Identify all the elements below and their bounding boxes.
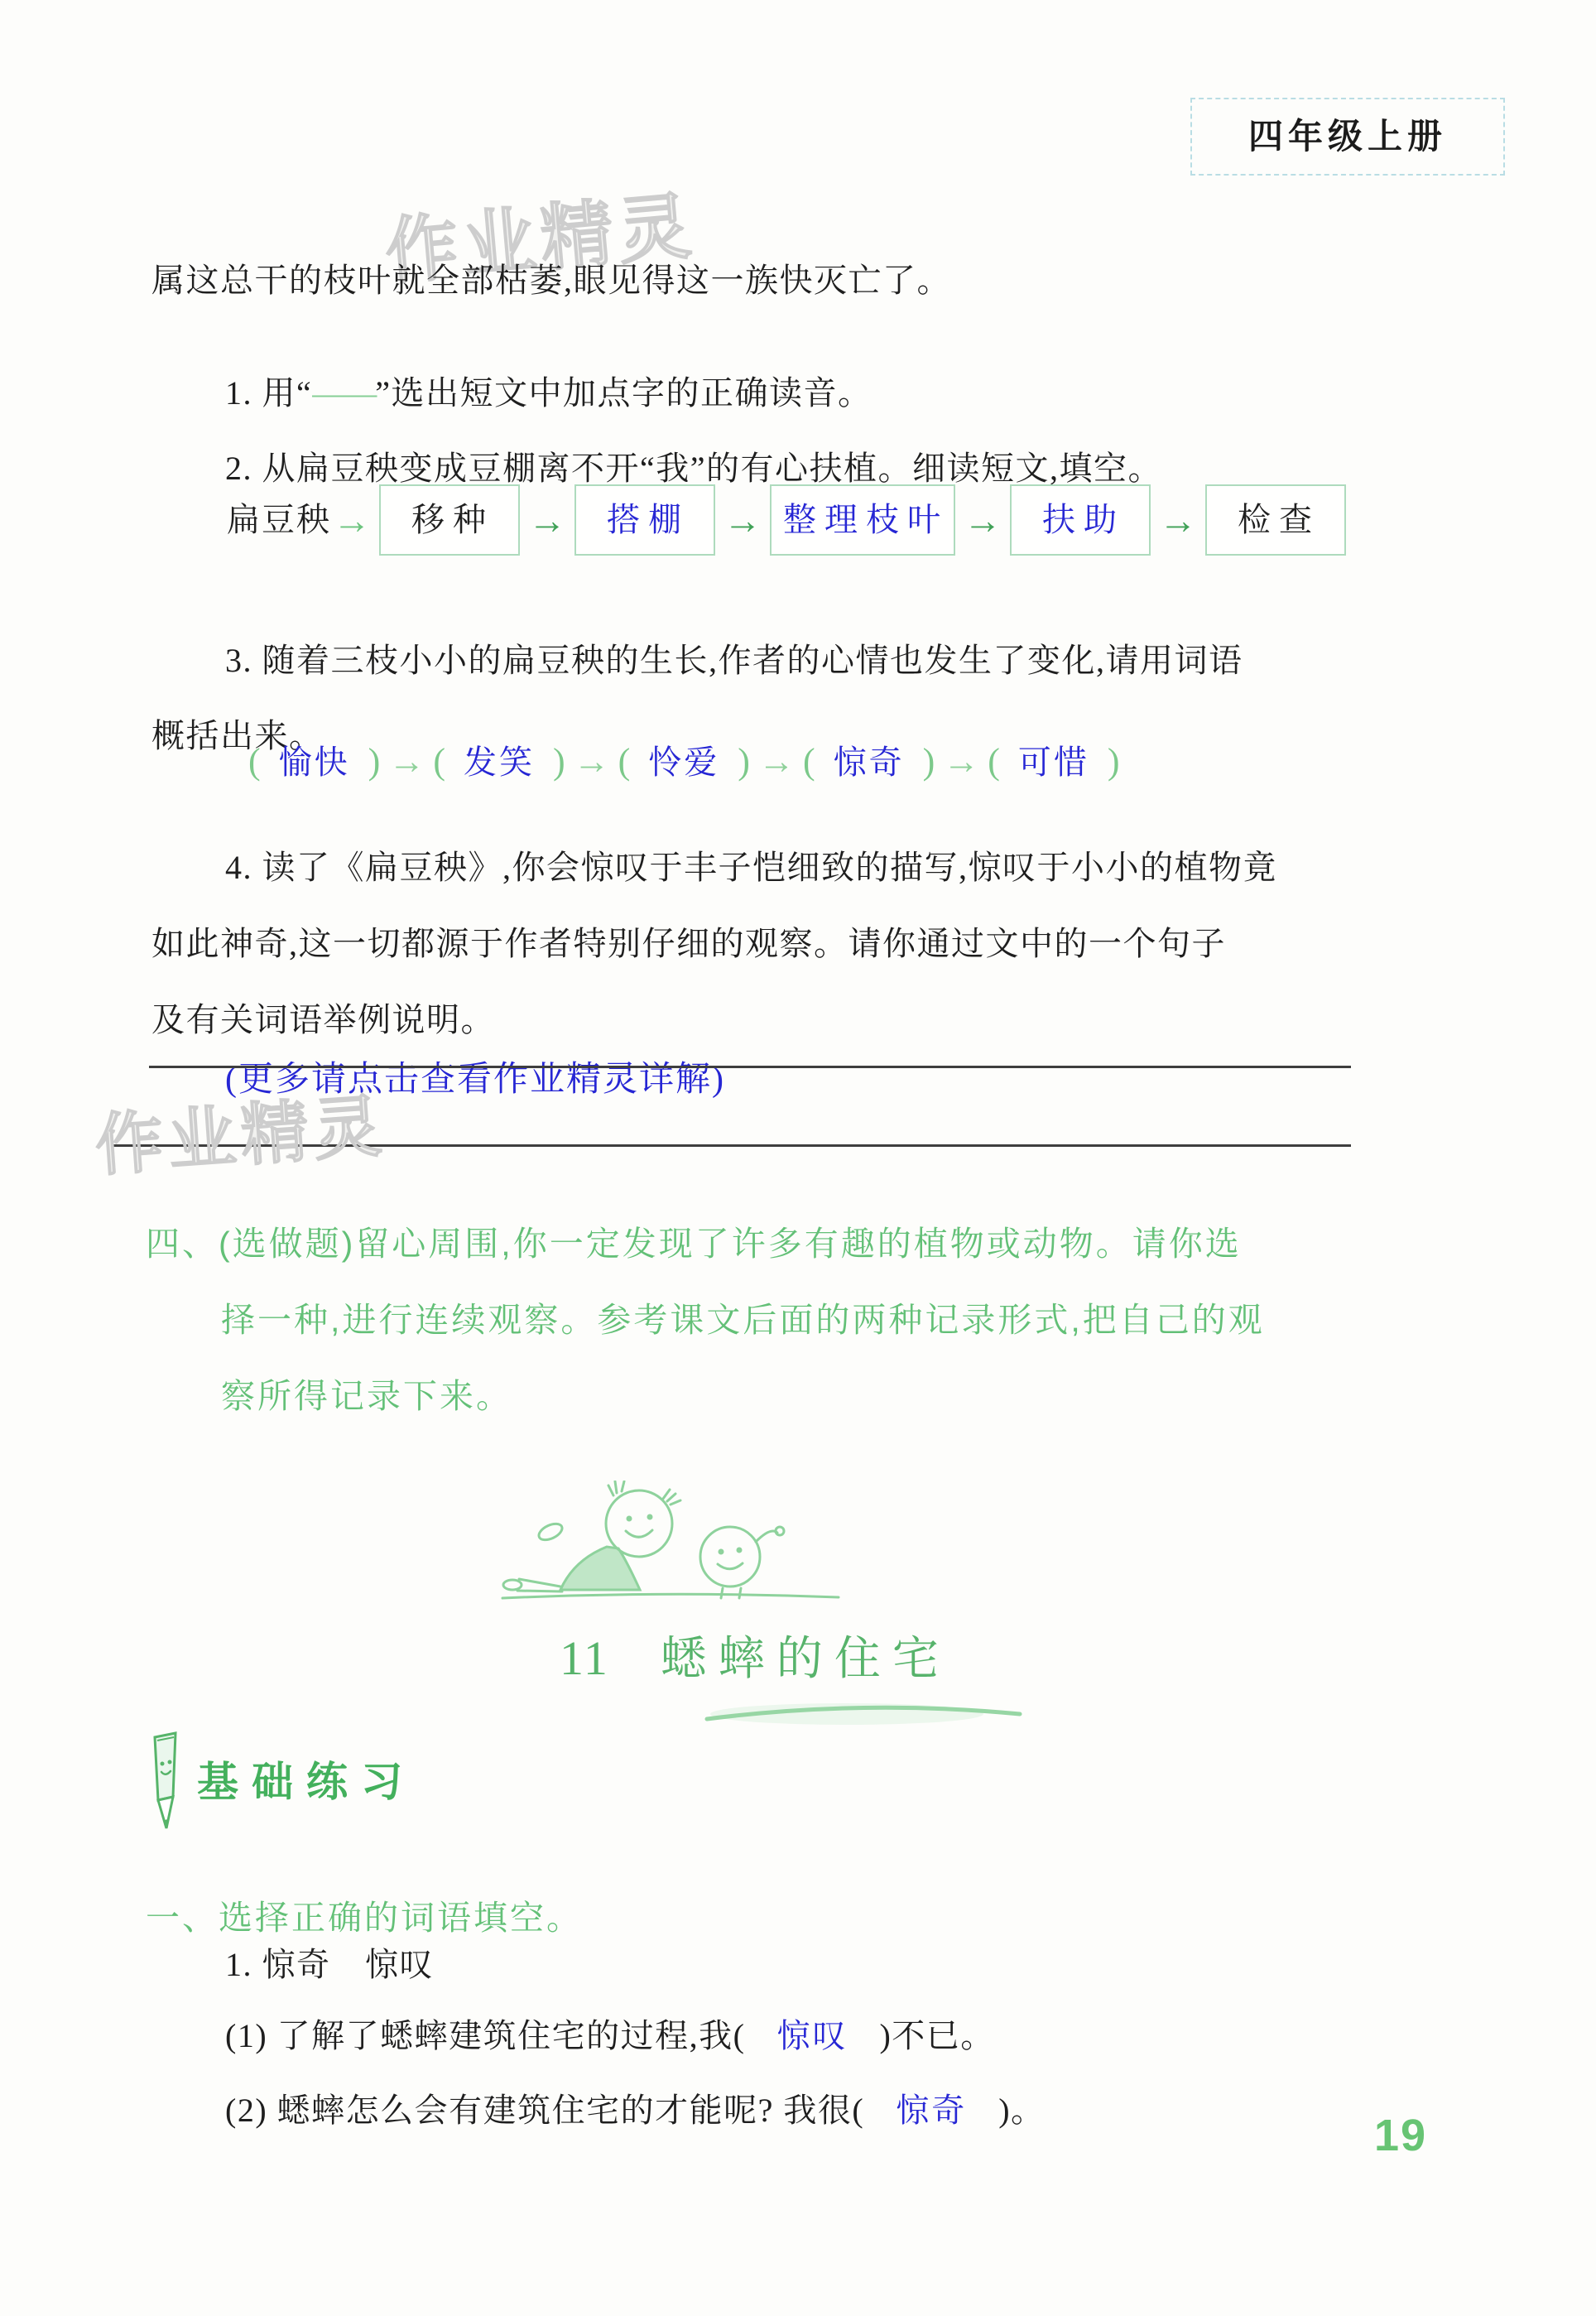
arrow-icon: → xyxy=(943,741,979,783)
arrow-icon: → xyxy=(1159,498,1197,542)
mood-word: 可惜 xyxy=(1018,744,1089,781)
mood-word: 愉快 xyxy=(279,744,350,781)
paren-close: ) xyxy=(1108,741,1120,782)
mood-item: (惊奇) xyxy=(803,741,935,783)
green-underline-mark: —— xyxy=(312,374,375,412)
lesson-number: 11 xyxy=(560,1631,609,1687)
fill-item-1: (1) 了解了蟋蟀建筑住宅的过程,我(惊叹)不已。 xyxy=(225,2017,995,2055)
lesson-name: 蟋蟀的住宅 xyxy=(661,1632,950,1685)
fill-item-1-pre: (1) 了解了蟋蟀建筑住宅的过程,我( xyxy=(225,2017,745,2054)
paren-close: ) xyxy=(553,741,565,782)
question-1-pre: 1. 用“ xyxy=(225,374,312,412)
flowchart-start-label: 扁豆秧 xyxy=(227,501,331,539)
optional-task-line2: 择一种,进行连续观察。参考课文后面的两种记录形式,把自己的观 xyxy=(221,1301,1265,1340)
mood-word: 惊奇 xyxy=(834,744,905,781)
optional-task-line3: 察所得记录下来。 xyxy=(221,1377,512,1416)
question-1: 1. 用“——”选出短文中加点字的正确读音。 xyxy=(225,374,873,412)
paren-close: ) xyxy=(368,741,381,782)
page-number: 19 xyxy=(1374,2110,1427,2161)
watermark-bottom: 作业精灵 xyxy=(93,1088,389,1187)
arrow-icon: → xyxy=(758,741,795,783)
question-3-line1: 3. 随着三枝小小的扁豆秧的生长,作者的心情也发生了变化,请用词语 xyxy=(225,642,1243,680)
fill-item-2: (2) 蟋蟀怎么会有建筑住宅的才能呢? 我很(惊奇)。 xyxy=(225,2092,1046,2130)
arrow-icon: → xyxy=(333,498,371,542)
pencil-icon xyxy=(147,1729,184,1838)
paren-open: ( xyxy=(803,741,815,782)
mood-item: (可惜) xyxy=(988,741,1119,783)
fill-item-1-answer: 惊叹 xyxy=(776,2017,848,2054)
fill-item-1-post: )不已。 xyxy=(879,2017,994,2054)
mood-item: (愉快) xyxy=(248,741,380,783)
fill-item-2-answer: 惊奇 xyxy=(896,2092,967,2129)
optional-task-line1: 四、(选做题)留心周围,你一定发现了许多有趣的植物或动物。请你选 xyxy=(146,1225,1242,1264)
mood-word: 发笑 xyxy=(464,744,535,781)
question-4-line1: 4. 读了《扁豆秧》,你会惊叹于丰子恺细致的描写,惊叹于小小的植物竟 xyxy=(225,849,1277,887)
flow-step-build-shed: 搭棚 xyxy=(574,484,715,556)
paren-open: ( xyxy=(988,741,1000,782)
flow-step-inspect: 检查 xyxy=(1205,484,1346,556)
grade-badge: 四年级上册 xyxy=(1190,98,1505,176)
paren-open: ( xyxy=(248,741,261,782)
paren-open: ( xyxy=(618,741,631,782)
question-4-line3: 及有关词语举例说明。 xyxy=(151,1001,495,1039)
paren-close: ) xyxy=(923,741,935,782)
mood-sequence: (愉快) → (发笑) → (怜爱) → (惊奇) → (可惜) xyxy=(248,738,1120,786)
question-4-line2: 如此神奇,这一切都源于作者特别仔细的观察。请你通过文中的一个句子 xyxy=(151,925,1226,963)
flowchart: 扁豆秧 → 移种 → 搭棚 → 整理枝叶 → 扶助 → 检查 xyxy=(227,483,1346,557)
arrow-icon: → xyxy=(723,498,762,542)
paren-open: ( xyxy=(433,741,445,782)
question-1-post: ”选出短文中加点字的正确读音。 xyxy=(375,374,872,412)
grade-badge-label: 四年级上册 xyxy=(1248,117,1447,156)
mood-item: (怜爱) xyxy=(618,741,750,783)
fill-item-2-pre: (2) 蟋蟀怎么会有建筑住宅的才能呢? 我很( xyxy=(225,2092,864,2129)
divider-line-top xyxy=(149,1066,1351,1068)
mood-word: 怜爱 xyxy=(648,744,719,781)
flow-step-transplant: 移种 xyxy=(379,484,520,556)
flow-step-trim-branches: 整理枝叶 xyxy=(770,484,955,556)
flow-step-support: 扶助 xyxy=(1010,484,1151,556)
arrow-icon: → xyxy=(964,498,1002,542)
arrow-icon: → xyxy=(388,741,425,783)
kids-illustration xyxy=(493,1481,848,1625)
paren-close: ) xyxy=(738,741,750,782)
swoosh-underline xyxy=(702,1696,1025,1736)
word-options: 1. 惊奇 惊叹 xyxy=(225,1946,434,1984)
practice-section-header: 基础练习 xyxy=(197,1759,416,1807)
divider-line-bottom xyxy=(113,1144,1351,1147)
fill-item-2-post: )。 xyxy=(998,2092,1045,2129)
workbook-page: 四年级上册 作业精灵 属这总干的枝叶就全部枯萎,眼见得这一族快灭亡了。 1. 用… xyxy=(0,0,1596,2316)
arrow-icon: → xyxy=(528,498,566,542)
arrow-icon: → xyxy=(574,741,610,783)
mood-item: (发笑) xyxy=(433,741,565,783)
passage-line: 属这总干的枝叶就全部枯萎,眼见得这一族快灭亡了。 xyxy=(151,262,951,300)
exercise-1-heading: 一、选择正确的词语填空。 xyxy=(146,1899,583,1938)
lesson-title: 11 蟋蟀的住宅 xyxy=(560,1631,950,1687)
